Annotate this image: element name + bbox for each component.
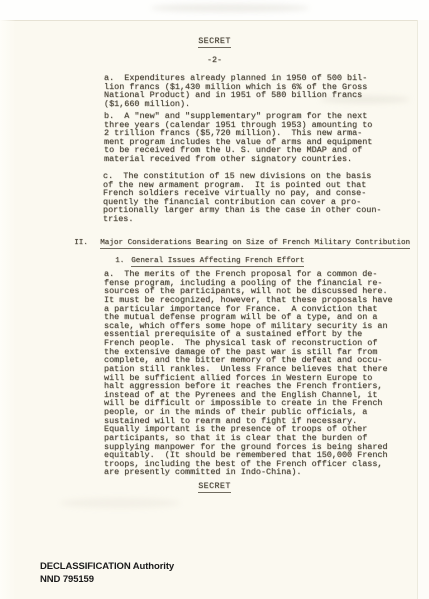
paper-right-edge [417,20,429,599]
paragraph-a-expenditures: a. Expenditures already planned in 1950 … [104,74,367,108]
declassification-stamp-number: NND 795159 [40,573,174,586]
paragraph-b-new-program: b. A "new" and "supplementary" program f… [104,112,372,163]
subsection-1-title: General Issues Affecting French Effort [131,257,304,267]
section-2-number: II. [74,239,100,247]
paper-top-edge [0,0,429,21]
declassification-stamp-authority: DECLASSIFICATION Authority [40,560,174,573]
declassification-stamp: DECLASSIFICATION Authority NND 795159 [40,560,174,586]
subsection-1-number: 1. [115,257,131,265]
page-number: -2- [0,55,429,65]
classification-bottom-label: SECRET [198,481,231,493]
scanned-document-page: SECRET -2- a. Expenditures already plann… [0,0,429,599]
paper-left-edge [0,20,16,599]
classification-top-label: SECRET [198,36,231,48]
classification-footer: SECRET [0,481,429,491]
scan-artifact [60,498,180,508]
classification-header: SECRET [0,36,429,46]
section-2-title: Major Considerations Bearing on Size of … [100,239,410,249]
paragraph-c-divisions: c. The constitution of 15 new divisions … [103,172,381,223]
paragraph-1a-french-effort: a. The merits of the French proposal for… [104,270,393,477]
